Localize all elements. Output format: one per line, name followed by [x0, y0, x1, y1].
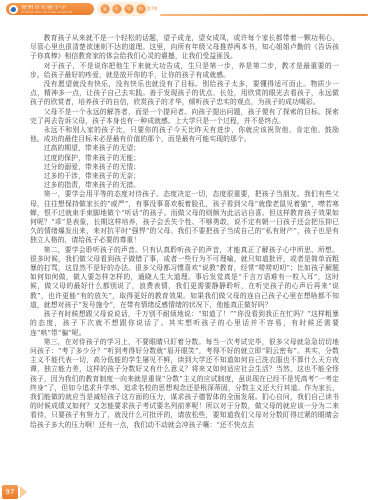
school-emblem-icon — [9, 5, 18, 14]
verse-line-1: 过高的期望，带来孩子的无望； — [30, 144, 339, 153]
page-header: 徐州市实验小学 XUZHOUSHI SHIYAN XIAOXUE 家 长 学 校… — [0, 2, 368, 18]
paragraph-intro: 教育孩子从来就不是一个轻松的话题，望子成龙，望女成凤，或许每个家长都带着一颗功利… — [30, 34, 339, 62]
verse-line-3: 过分的溺爱，带来孩子的无情； — [30, 163, 339, 172]
paragraph-point-3: 第三，在对待孩子的学习上，不要眼睛只盯着分数。每当一次考试完毕，很多父母就急急切… — [30, 338, 339, 430]
paragraph-questioner: 父母不是一个永远的解答者，而是一个提问者。向孩子提出问题，孩子便有了探索的目标。… — [30, 108, 339, 126]
paragraph-appreciate: 没有愿望就没有快乐，没有快乐也就没有了目标。别给孩子太多，要懂得适可而止。物质少… — [30, 80, 339, 108]
school-logo-banner: 徐州市实验小学 XUZHOUSHI SHIYAN XIAOXUE — [6, 3, 94, 15]
verse-line-2: 过度的保护，带来孩子的无能； — [30, 154, 339, 163]
nav-button-4[interactable]: 校 — [136, 4, 146, 14]
school-subtitle: XUZHOUSHI SHIYAN XIAOXUE — [21, 11, 72, 14]
nav-button-3[interactable]: 学 — [124, 4, 134, 14]
document-page: 徐州市实验小学 XUZHOUSHI SHIYAN XIAOXUE 家 长 学 校… — [0, 0, 368, 500]
page-number-badge: 97 — [2, 485, 18, 499]
paragraph-birth-steps: 对于孩子，不是说你把他生下来就大功告成，生只是第一步，养是第二步，教才是最重要的… — [30, 62, 339, 80]
school-logo-text: 徐州市实验小学 XUZHOUSHI SHIYAN XIAOXUE — [21, 5, 72, 14]
verse-line-4: 过多的干涉，带来孩子的无奈； — [30, 172, 339, 181]
nav-button-2[interactable]: 长 — [112, 4, 122, 14]
nav-button-1[interactable]: 家 — [100, 4, 110, 14]
paragraph-point-2: 第二，要学会聆听孩子的声音。只有认真聆听孩子的声音，才能真正了解孩子心中所思、所… — [30, 246, 339, 310]
paragraph-point-1: 第一，要学会用平等的态度对待孩子。态度决定一切，态度很重要，把孩子当朋友。我们有… — [30, 190, 339, 245]
page-corner-chevron-icon — [20, 486, 27, 498]
paragraph-no-compare: 永远不和别人家的孩子比，只要你的孩子今天比昨天有进步，你就应该祝贺他、肯定他、鼓… — [30, 126, 339, 144]
issue-label: 第7期 — [147, 6, 158, 12]
header-divider — [160, 14, 368, 16]
header-nav: 家 长 学 校 — [97, 2, 149, 16]
paragraph-listen: 孩子有时候想跟父母说说话，千万别不耐烦地说：“知道了！”“你没看到我正在忙吗？”… — [30, 310, 339, 338]
article-body: 教育孩子从来就不是一个轻松的话题，望子成龙，望女成凤，或许每个家长都带着一颗功利… — [30, 34, 339, 430]
